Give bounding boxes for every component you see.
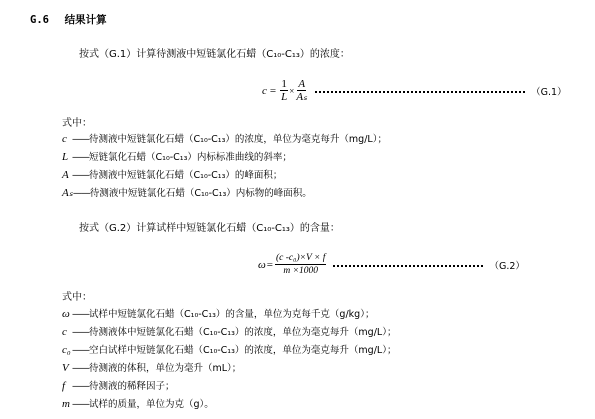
definition-row: c——待测液体中短链氯化石蜡（C₁₀-C₁₃）的浓度，单位为毫克每升（mg/L）… [62,324,396,338]
formula2-intro: 按式（G.2）计算试样中短链氯化石蜡（C₁₀-C₁₃）的含量： [79,219,340,234]
definition-row: ω——试样中短链氯化石蜡（C₁₀-C₁₃）的含量，单位为克每千克（g/kg）； [62,306,374,320]
formula1-label: （G.1） [531,84,566,98]
definition-row: V——待测液的体积，单位为毫升（mL）； [62,360,241,374]
where1-label: 式中： [62,114,92,129]
formula-g1: c = 1 L × A Aₛ （G.1） [262,78,567,104]
definition-row: A——待测液中短链氯化石蜡（C₁₀-C₁₃）的峰面积； [62,167,282,181]
formula-g2: ω = (c -c₀)×V × f m ×1000 （G.2） [258,252,525,278]
formula2-label: （G.2） [489,258,524,272]
section-heading: G.6 结果计算 [30,12,107,27]
formula1-intro: 按式（G.1）计算待测液中短链氯化石蜡（C₁₀-C₁₃）的浓度： [79,45,350,60]
definition-row: m——试样的质量，单位为克（g）。 [62,396,214,410]
formula2-lhs: ω [258,259,266,271]
section-number: G.6 [30,14,49,26]
leader-dots [333,265,483,267]
formula1-equals: = [270,85,276,97]
definition-row: f——待测液的稀释因子； [62,378,175,392]
definition-row: L——短链氯化石蜡（C₁₀-C₁₃）内标标准曲线的斜率； [62,149,292,163]
section-title: 结果计算 [65,14,107,26]
definition-row: c——待测液中短链氯化石蜡（C₁₀-C₁₃）的浓度，单位为毫克每升（mg/L）； [62,131,387,145]
leader-dots [315,91,525,93]
formula1-lhs: c [262,85,267,97]
formula1-times: × [289,86,294,96]
definition-row: Aₛ——待测液中短链氯化石蜡（C₁₀-C₁₃）内标物的峰面积。 [62,185,312,199]
formula2-fraction: (c -c₀)×V × f m ×1000 [275,252,326,278]
formula2-equals: = [267,259,273,271]
formula1-fraction-1: 1 L [280,78,288,104]
formula1-fraction-2: A Aₛ [295,78,308,104]
where2-label: 式中： [62,288,92,303]
definition-row: c₀——空白试样中短链氯化石蜡（C₁₀-C₁₃）的浓度，单位为毫克每升（mg/L… [62,342,396,356]
